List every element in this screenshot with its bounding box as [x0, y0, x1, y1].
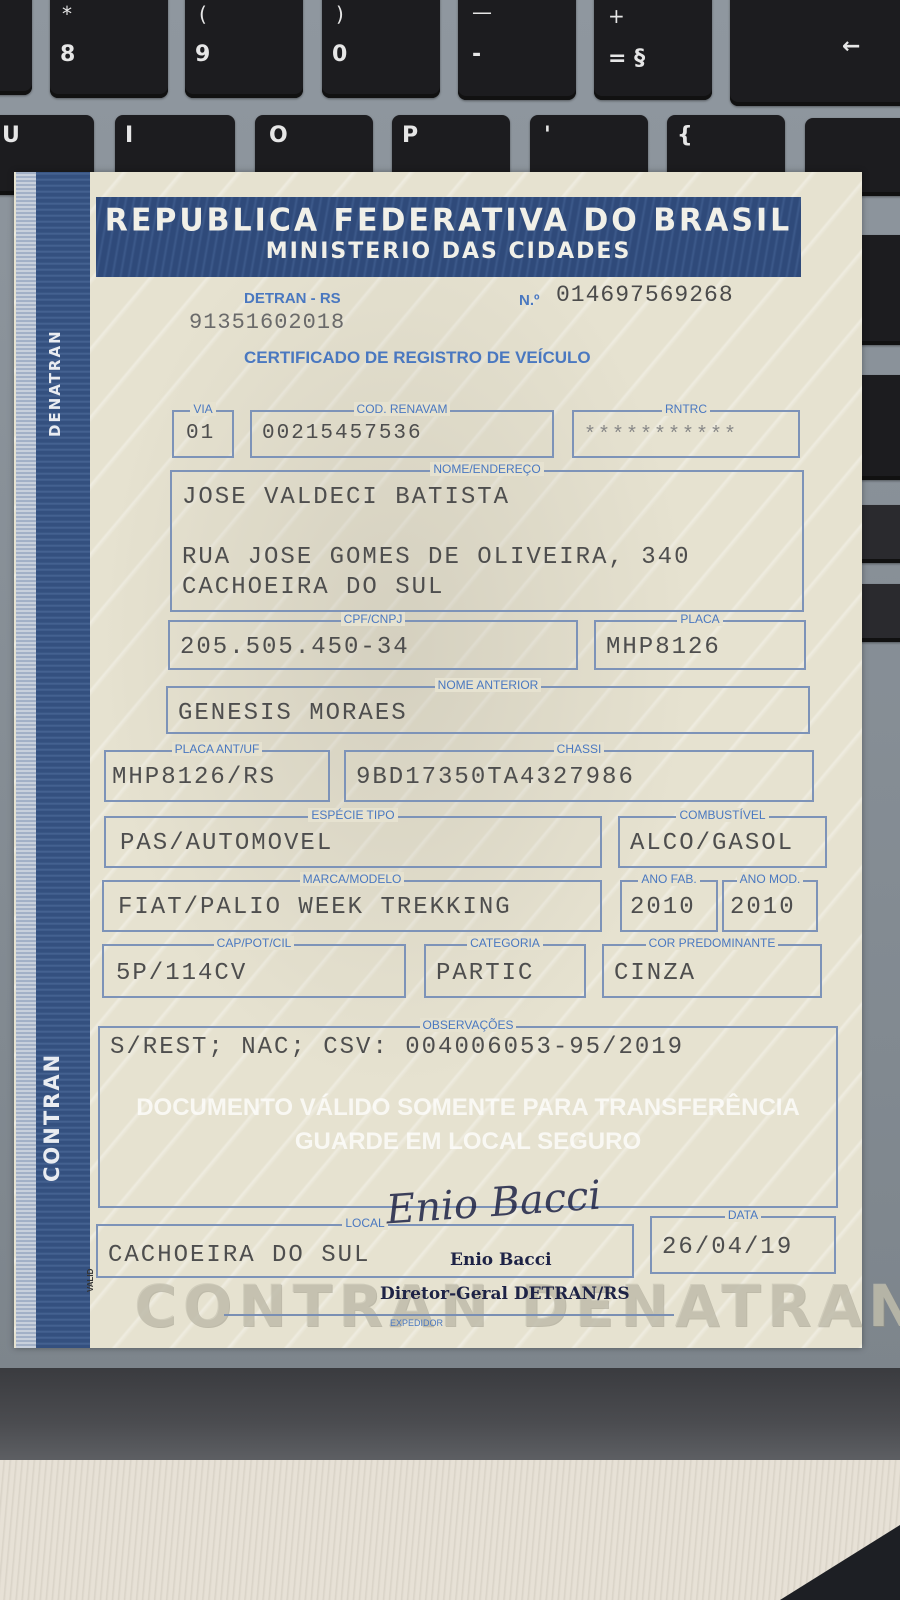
key-equals: + = § [594, 0, 712, 100]
field-rntrc: RNTRC *********** [572, 410, 800, 458]
side-band-contran: CONTRAN [40, 1053, 64, 1182]
header-ministerio: MINISTERIO DAS CIDADES [96, 239, 801, 264]
vehicle-registration-certificate: DENATRAN CONTRAN VALID REPUBLICA FEDERAT… [14, 172, 862, 1348]
laptop-front-edge [0, 1368, 900, 1463]
key-8-star: * 8 [50, 0, 168, 98]
dark-object-corner [780, 1525, 900, 1600]
field-especie-tipo: ESPÉCIE TIPO PAS/AUTOMOVEL [104, 816, 602, 868]
field-categoria: CATEGORIA PARTIC [424, 944, 586, 998]
backspace-arrow-icon: ← [842, 34, 860, 59]
key-9: ( 9 [185, 0, 303, 98]
field-nome-anterior: NOME ANTERIOR GENESIS MORAES [166, 686, 810, 734]
field-local: LOCAL CACHOEIRA DO SUL [96, 1224, 634, 1278]
side-small-text: VALID [86, 1269, 95, 1292]
field-marca-modelo: MARCA/MODELO FIAT/PALIO WEEK TREKKING [102, 880, 602, 932]
field-cap-pot-cil: CAP/POT/CIL 5P/114CV [102, 944, 406, 998]
document-title: CERTIFICADO DE REGISTRO DE VEÍCULO [244, 348, 591, 368]
field-via: VIA 01 [172, 410, 234, 458]
field-combustivel: COMBUSTÍVEL ALCO/GASOL [618, 816, 827, 868]
owner-address-line1: RUA JOSE GOMES DE OLIVEIRA, 340 [182, 544, 690, 571]
number-label: N.º [519, 292, 539, 309]
signatory-name: Enio Bacci [450, 1250, 552, 1270]
field-placa: PLACA MHP8126 [594, 620, 806, 670]
key-minus: — - [458, 0, 576, 100]
field-nome-endereco: NOME/ENDEREÇO JOSE VALDECI BATISTA RUA J… [170, 470, 804, 612]
field-ano-mod: ANO MOD. 2010 [722, 880, 818, 932]
document-number: 014697569268 [556, 282, 734, 308]
key-backspace: ← [730, 0, 900, 106]
header-republica: REPUBLICA FEDERATIVA DO BRASIL [96, 202, 801, 239]
owner-name: JOSE VALDECI BATISTA [182, 484, 510, 511]
field-renavam: COD. RENAVAM 00215457536 [250, 410, 554, 458]
field-placa-ant-uf: PLACA ANT/UF MHP8126/RS [104, 750, 330, 802]
owner-address-line2: CACHOEIRA DO SUL [182, 574, 444, 601]
key-8 [0, 0, 32, 95]
security-code: 91351602018 [189, 310, 345, 335]
watermark-transfer-notice: DOCUMENTO VÁLIDO SOMENTE PARA TRANSFERÊN… [100, 1094, 836, 1122]
watermark-keep-safe: GUARDE EM LOCAL SEGURO [100, 1128, 836, 1156]
signatory-role: Diretor-Geral DETRAN/RS [380, 1284, 630, 1304]
side-band-denatran: DENATRAN [46, 329, 64, 437]
security-side-band: DENATRAN CONTRAN [16, 172, 90, 1348]
expedidor-caption: EXPEDIDOR [390, 1318, 443, 1328]
issuer: DETRAN - RS [244, 290, 341, 307]
desk-surface [0, 1460, 900, 1600]
signature-line [224, 1314, 674, 1316]
field-data: DATA 26/04/19 [650, 1216, 836, 1274]
field-chassi: CHASSI 9BD17350TA4327986 [344, 750, 814, 802]
header-band: REPUBLICA FEDERATIVA DO BRASIL MINISTERI… [96, 197, 801, 277]
footer-watermark: CONTRAN DENATRAN [134, 1272, 900, 1340]
key-0: ) 0 [322, 0, 440, 98]
field-ano-fab: ANO FAB. 2010 [620, 880, 718, 932]
field-cor-predominante: COR PREDOMINANTE CINZA [602, 944, 822, 998]
field-cpf-cnpj: CPF/CNPJ 205.505.450-34 [168, 620, 578, 670]
